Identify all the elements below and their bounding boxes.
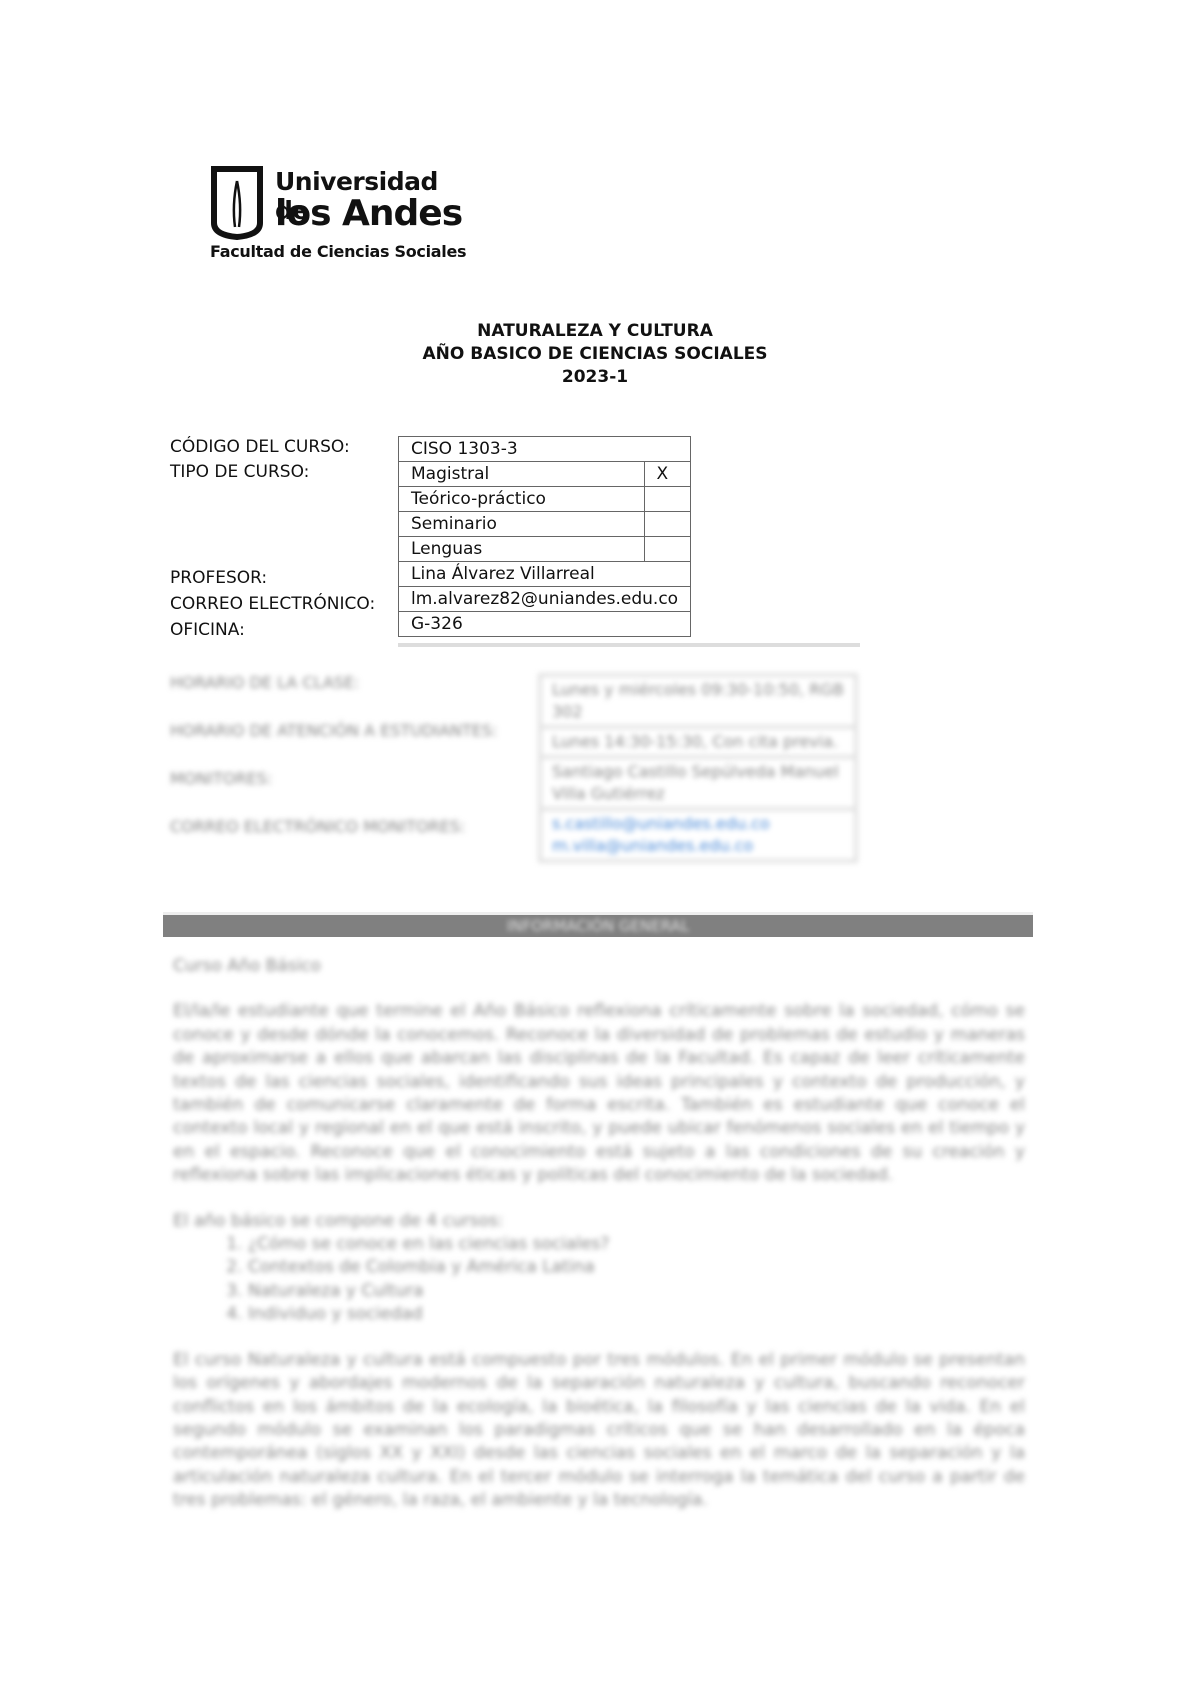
type-label: TIPO DE CURSO: (170, 462, 309, 482)
monitors-email-value[interactable]: s.castillo@uniandes.edu.co m.villa@unian… (542, 811, 854, 859)
professor-label: PROFESOR: (170, 568, 267, 588)
body-paragraph-1: El/la/le estudiante que termine el Año B… (173, 1000, 1025, 1187)
office-hours-value: Lunes 14:30-15:30, Con cita previa. (542, 729, 854, 759)
list-item: Individuo y sociedad (248, 1303, 1025, 1326)
course-title: NATURALEZA Y CULTURA (0, 320, 1190, 343)
monitors-value: Santiago Castillo Sepúlveda Manuel Villa… (542, 759, 854, 811)
type-option: Magistral (399, 462, 645, 487)
office-number: G-326 (399, 612, 691, 637)
list-item: ¿Cómo se conoce en las ciencias sociales… (248, 1233, 1025, 1256)
term-title: 2023-1 (0, 366, 1190, 389)
course-info-table: CISO 1303-3 MagistralX Teórico-práctico … (398, 436, 691, 637)
logo-faculty: Facultad de Ciencias Sociales (210, 242, 466, 261)
document-title: NATURALEZA Y CULTURA AÑO BASICO DE CIENC… (0, 320, 1190, 389)
office-hours-label: HORARIO DE ATENCIÓN A ESTUDIANTES: (170, 721, 497, 740)
section-header-bar: INFORMACIÓN GENERAL (163, 912, 1033, 937)
university-logo: Universidad de los Andes Facultad de Cie… (210, 165, 470, 260)
type-mark (644, 537, 691, 562)
office-label: OFICINA: (170, 620, 245, 640)
type-option: Lenguas (399, 537, 645, 562)
type-mark (644, 487, 691, 512)
andes-emblem-icon (210, 165, 265, 240)
blurred-info-table: Lunes y miércoles 09:30-10:50, RGB 302 L… (538, 673, 858, 863)
monitors-email-label: CORREO ELECTRÓNICO MONITORES: (170, 817, 465, 836)
course-code: CISO 1303-3 (399, 437, 691, 462)
body-heading: Curso Año Básico (173, 955, 1025, 978)
type-option: Teórico-práctico (399, 487, 645, 512)
table-shadow (398, 643, 860, 647)
section-header-text: INFORMACIÓN GENERAL (163, 915, 1033, 937)
logo-line-2: los Andes (275, 193, 462, 234)
professor-name: Lina Álvarez Villarreal (399, 562, 691, 587)
course-list: ¿Cómo se conoce en las ciencias sociales… (173, 1233, 1025, 1327)
body-paragraph-2: El curso Naturaleza y cultura está compu… (173, 1349, 1025, 1513)
list-item: Naturaleza y Cultura (248, 1280, 1025, 1303)
type-mark (644, 512, 691, 537)
program-title: AÑO BASICO DE CIENCIAS SOCIALES (0, 343, 1190, 366)
professor-email: lm.alvarez82@uniandes.edu.co (399, 587, 691, 612)
schedule-value: Lunes y miércoles 09:30-10:50, RGB 302 (542, 677, 854, 729)
schedule-label: HORARIO DE LA CLASE: (170, 673, 359, 692)
email-label: CORREO ELECTRÓNICO: (170, 594, 375, 614)
type-mark: X (644, 462, 691, 487)
monitors-label: MONITORES: (170, 769, 272, 788)
type-option: Seminario (399, 512, 645, 537)
list-item: Contextos de Colombia y América Latina (248, 1256, 1025, 1279)
blurred-body-text: Curso Año Básico El/la/le estudiante que… (173, 955, 1025, 1535)
list-intro: El año básico se compone de 4 cursos: (173, 1210, 1025, 1233)
code-label: CÓDIGO DEL CURSO: (170, 437, 350, 457)
